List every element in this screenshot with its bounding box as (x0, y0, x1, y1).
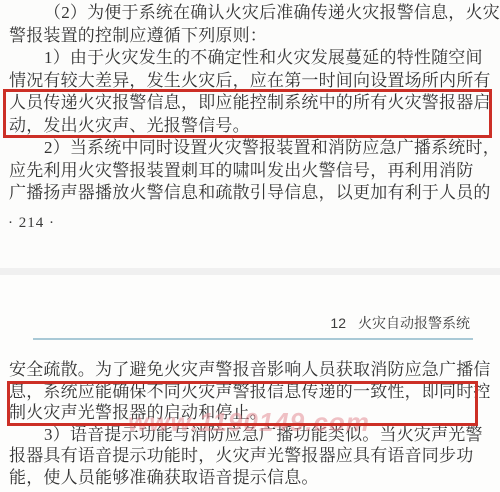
page-header: 12火灾自动报警系统 (330, 313, 470, 333)
text-line: 警报装置的控制应遵循下列原则： (9, 25, 495, 48)
text-line: 3）语音提示功能与消防应急广播功能类似。当火灾声光警 (9, 424, 495, 446)
text-line: 息，系统应能确保不同火灾声警报信息传递的一致性，即同时控 (9, 381, 495, 403)
text-line: 1）由于火灾发生的不确定性和火灾发展蔓延的特性随空间 (9, 47, 495, 70)
text-line: （2）为便于系统在确认火灾后准确传递火灾报警信息，火灾 (9, 2, 495, 25)
text-line: 广播扬声器播放火警信息和疏散引导信息，以更加有利于人员的 (9, 182, 495, 205)
chapter-number: 12 (330, 315, 346, 331)
text-line: 情况有较大差异，发生火灾后，应在第一时间向设置场所内所有 (9, 70, 495, 93)
page-number: · 214 · (8, 215, 55, 232)
chapter-title: 火灾自动报警系统 (358, 315, 470, 331)
text-line: 制火灾声光警报器的启动和停止。 (9, 402, 495, 424)
header-rule (33, 338, 473, 340)
document-canvas: （2）为便于系统在确认火灾后准确传递火灾报警信息，火灾 警报装置的控制应遵循下列… (0, 0, 500, 492)
text-line: 应先利用火灾警报装置刺耳的啸叫发出火警信号，再利用消防 (9, 160, 495, 183)
text-line: 能，使人员能够准确获取语音提示信息。 (9, 467, 495, 489)
text-line: 动，发出火灾声、光报警信号。 (9, 115, 495, 138)
paragraph-block-top: （2）为便于系统在确认火灾后准确传递火灾报警信息，火灾 警报装置的控制应遵循下列… (9, 2, 495, 205)
page-fragment-top: （2）为便于系统在确认火灾后准确传递火灾报警信息，火灾 警报装置的控制应遵循下列… (0, 0, 500, 268)
text-line: 报器具有语音提示功能时，火灾声光警报器应具有语音同步功 (9, 445, 495, 467)
text-line: 2）当系统中同时设置火灾警报装置和消防应急广播系统时， (9, 137, 495, 160)
page-gap-divider (0, 268, 500, 275)
text-line: 安全疏散。为了避免火灾声警报音影响人员获取消防应急广播信 (9, 359, 495, 381)
text-line: 人员传递火灾报警信息，即应能控制系统中的所有火灾警报器启 (9, 92, 495, 115)
paragraph-block-bottom: 安全疏散。为了避免火灾声警报音影响人员获取消防应急广播信 息，系统应能确保不同火… (9, 359, 495, 489)
